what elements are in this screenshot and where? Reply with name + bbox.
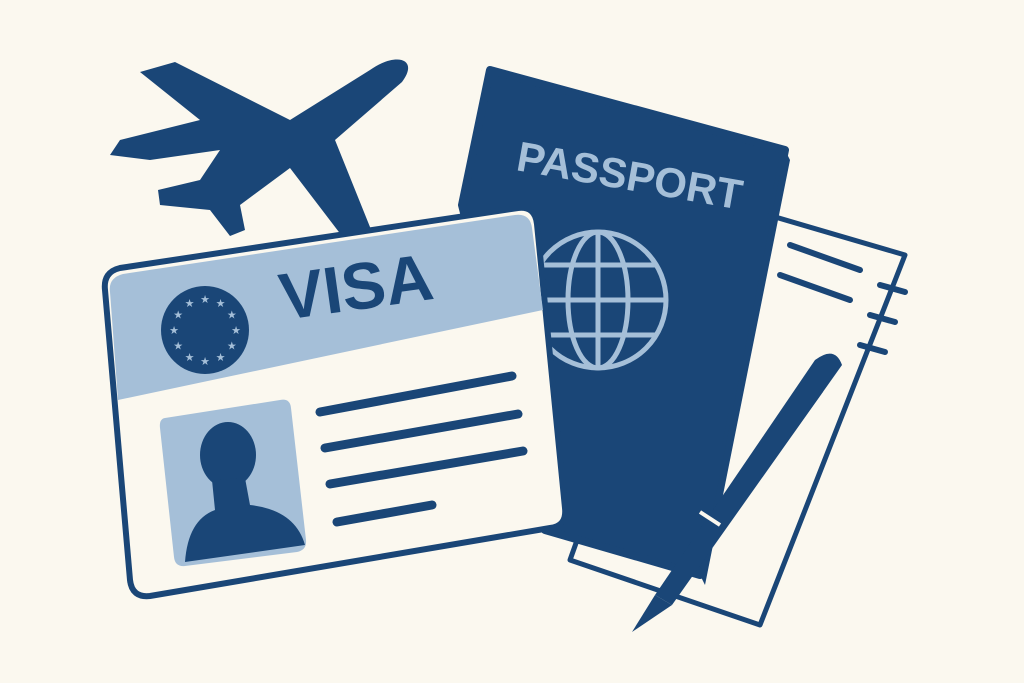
svg-text:★: ★ xyxy=(216,297,226,310)
svg-text:★: ★ xyxy=(227,340,237,353)
svg-text:★: ★ xyxy=(169,324,179,337)
svg-text:★: ★ xyxy=(216,351,226,364)
svg-text:★: ★ xyxy=(185,351,195,364)
svg-text:★: ★ xyxy=(173,309,183,322)
visa-card: ★★★★★★★★★★★★ VISA xyxy=(105,208,565,596)
svg-text:★: ★ xyxy=(200,355,210,368)
svg-text:★: ★ xyxy=(200,293,210,306)
svg-text:★: ★ xyxy=(173,340,183,353)
svg-text:★: ★ xyxy=(231,324,241,337)
svg-text:★: ★ xyxy=(185,297,195,310)
airplane-icon xyxy=(110,60,408,240)
svg-text:★: ★ xyxy=(227,309,237,322)
visa-illustration: PASSPORT ★★★★★★★★★★★★ VISA xyxy=(0,0,1024,683)
